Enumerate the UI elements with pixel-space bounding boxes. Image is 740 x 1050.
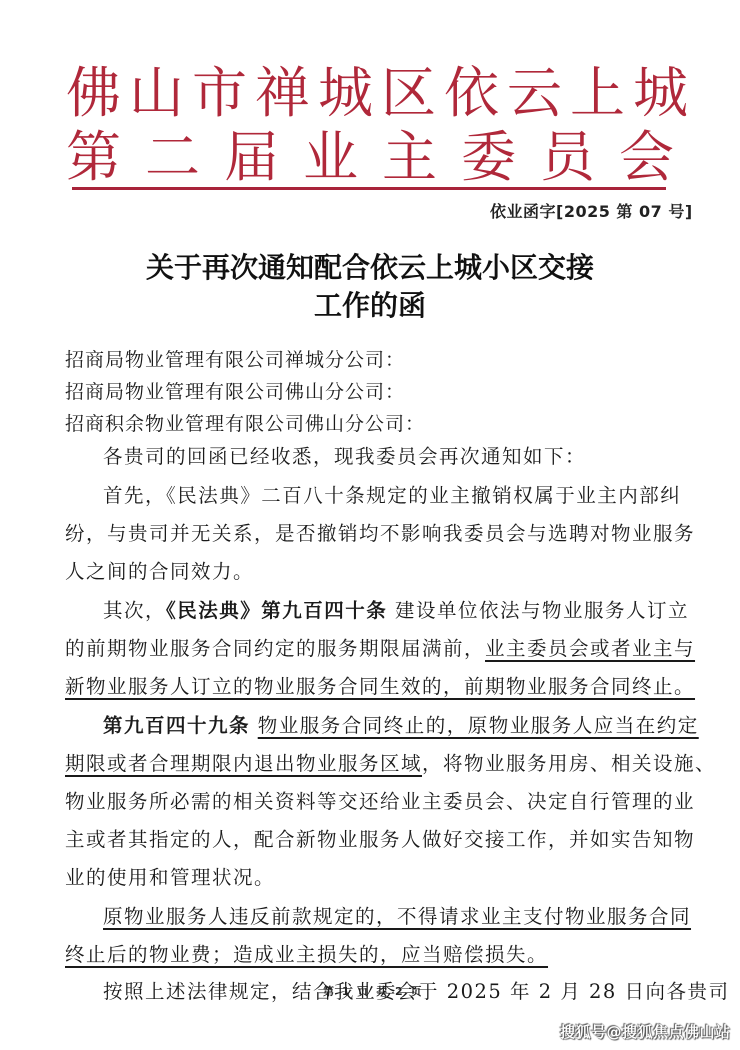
underlined-text: 期限或者合理期限内退出物业服务区域 (65, 752, 422, 775)
paragraph-line: 业的使用和管理状况。 (65, 862, 675, 890)
paragraph-line: 主或者其指定的人，配合新物业服务人做好交接工作，并如实告知物 (65, 824, 675, 852)
paragraph-line: 人之间的合同效力。 (65, 556, 675, 584)
underlined-text: 新物业服务人订立的物业服务合同生效的，前期物业服务合同终止。 (65, 675, 695, 698)
paragraph-line: 终止后的物业费；造成业主损失的，应当赔偿损失。 (65, 939, 675, 967)
letterhead-red-rule (72, 187, 666, 190)
paragraph-line: 期限或者合理期限内退出物业服务区域，将物业服务用房、相关设施、 (65, 748, 675, 776)
text-plain: ，将物业服务用房、相关设施、 (422, 752, 716, 775)
document-title-line1: 关于再次通知配合依云上城小区交接 (0, 246, 740, 286)
law-citation-949: 第九百四十九条 (103, 714, 250, 737)
underlined-text: 业主委员会或者业主与 (485, 637, 695, 660)
letterhead-committee-name: 第二届业主委员会 (66, 124, 666, 190)
letterhead-org-name: 佛山市禅城区依云上城 (66, 60, 666, 126)
page-number: 第 1 页 共 2 页 (323, 983, 423, 999)
underlined-text: 终止后的物业费；造成业主损失的，应当赔偿损失。 (65, 943, 548, 966)
document-title-line2: 工作的函 (0, 284, 740, 324)
addressee-item: 招商局物业管理有限公司佛山分公司： (65, 377, 405, 404)
source-watermark: 搜狐号@搜狐焦点佛山站 (560, 1021, 731, 1042)
paragraph-line: 第九百四十九条 物业服务合同终止的，原物业服务人应当在约定 (103, 710, 713, 738)
paragraph-line: 的前期物业服务合同约定的服务期限届满前，业主委员会或者业主与 (65, 633, 675, 661)
text-plain: 的前期物业服务合同约定的服务期限届满前， (65, 637, 485, 660)
paragraph-line: 纷，与贵司并无关系，是否撤销均不影响我委员会与选聘对物业服务 (65, 518, 675, 546)
law-citation-940: 《民法典》第九百四十条 (166, 599, 387, 622)
paragraph-line: 首先，《民法典》二百八十条规定的业主撤销权属于业主内部纠 (103, 480, 713, 508)
text-plain: 其次， (103, 599, 166, 622)
paragraph-line: 原物业服务人违反前款规定的，不得请求业主支付物业服务合同 (103, 901, 713, 929)
addressee-item: 招商积余物业管理有限公司佛山分公司： (65, 409, 425, 436)
paragraph-line: 物业服务所必需的相关资料等交还给业主委员会、决定自行管理的业 (65, 786, 675, 814)
underlined-text: 物业服务合同终止的，原物业服务人应当在约定 (258, 714, 699, 737)
text-plain: 建设单位依法与物业服务人订立 (387, 599, 689, 622)
intro-paragraph: 各贵司的回函已经收悉，现我委员会再次通知如下： (103, 441, 713, 469)
addressee-item: 招商局物业管理有限公司禅城分公司： (65, 345, 405, 372)
paragraph-line: 新物业服务人订立的物业服务合同生效的，前期物业服务合同终止。 (65, 671, 675, 699)
underlined-text: 原物业服务人违反前款规定的，不得请求业主支付物业服务合同 (103, 905, 691, 928)
paragraph-line: 其次，《民法典》第九百四十条 建设单位依法与物业服务人订立 (103, 595, 713, 623)
document-number: 依业函字[2025 第 07 号] (490, 199, 693, 222)
